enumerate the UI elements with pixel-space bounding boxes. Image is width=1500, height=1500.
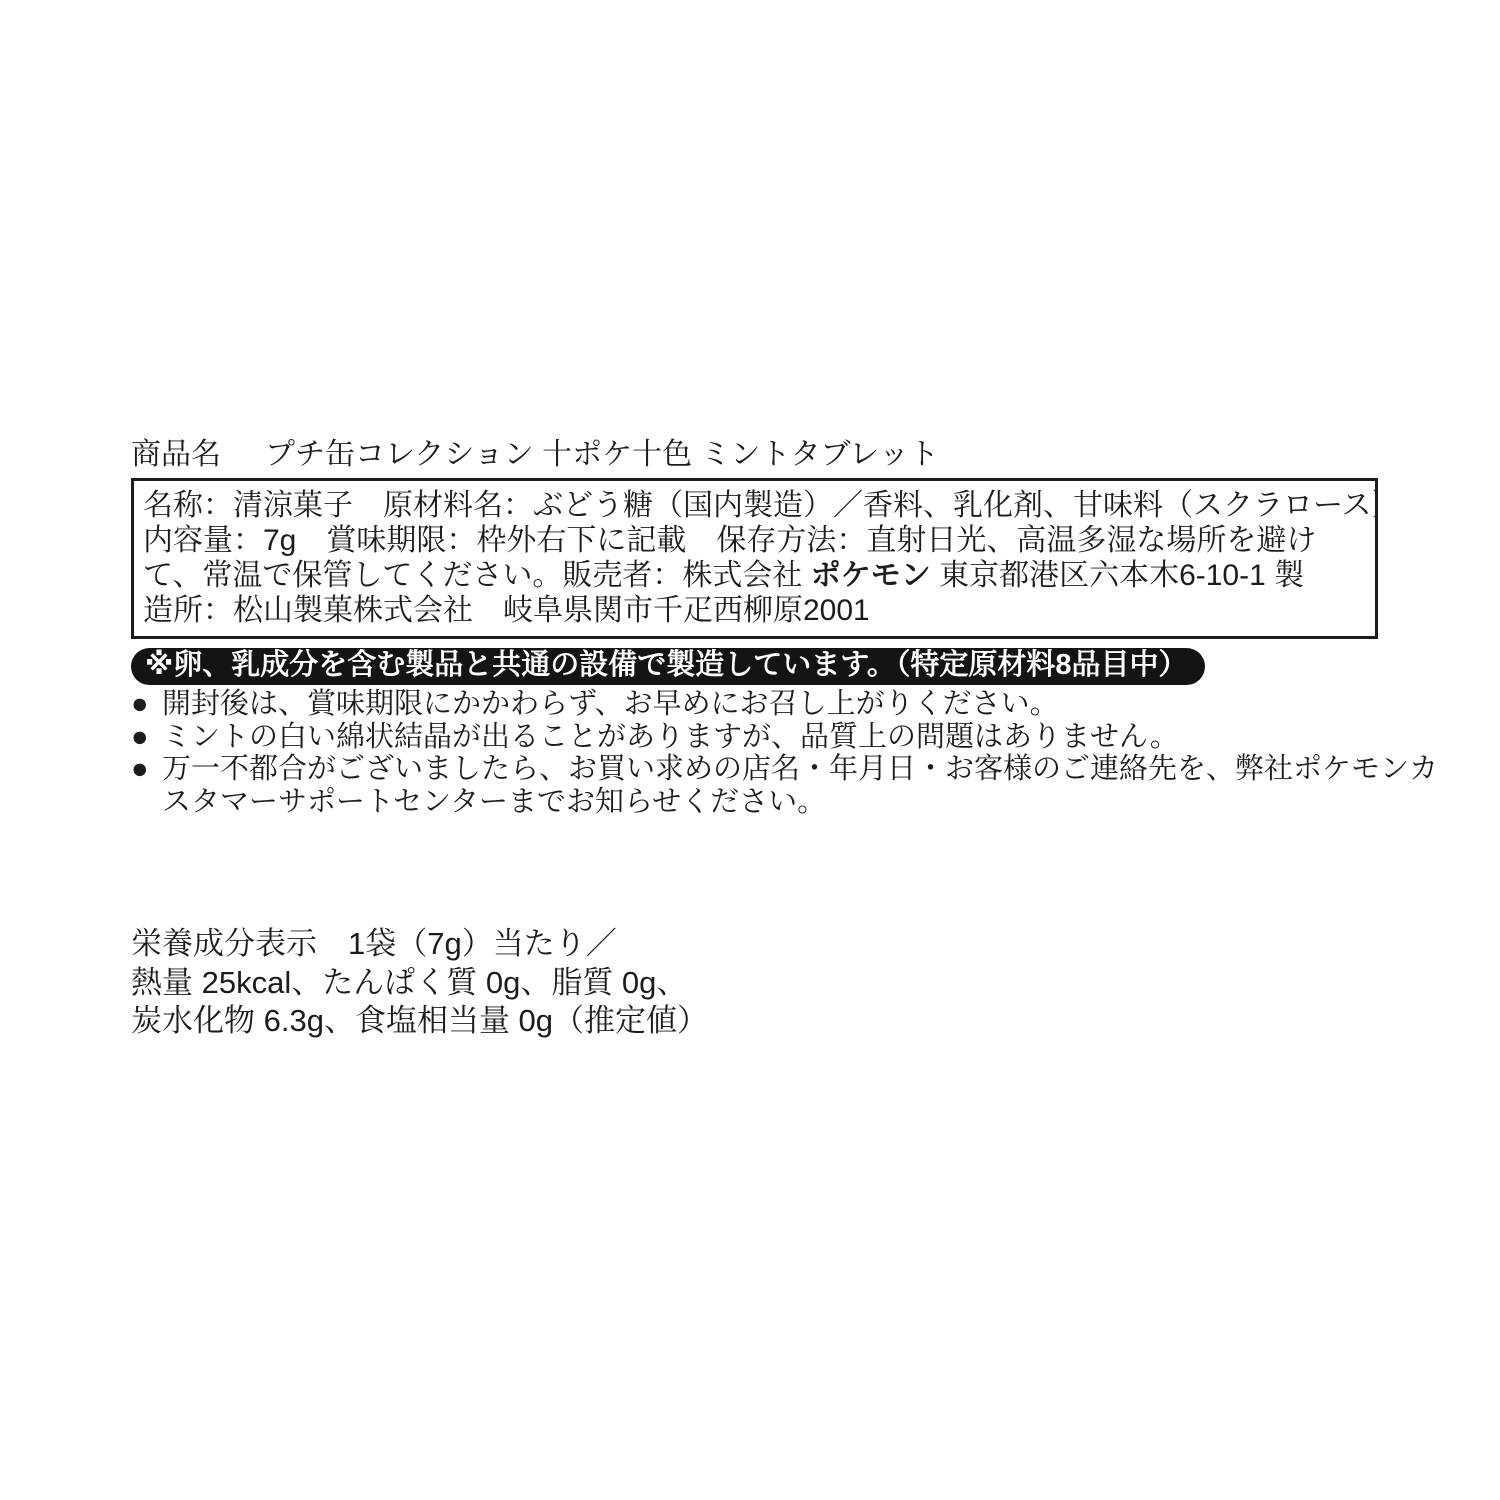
note-item: ● 開封後は、賞味期限にかかわらず、お早めにお召し上がりください。 (131, 688, 1378, 721)
seller-text-pre: て、常温で保管してください。販売者：株式会社 (143, 559, 811, 592)
note-text: ミントの白い綿状結晶が出ることがありますが、品質上の問題はありません。 (162, 721, 1378, 754)
bullet-icon: ● (131, 753, 162, 786)
note-text: 開封後は、賞味期限にかかわらず、お早めにお召し上がりください。 (162, 688, 1378, 721)
note-item: ● ミントの白い綿状結晶が出ることがありますが、品質上の問題はありません。 (131, 721, 1378, 754)
note-item: ● 万一不都合がございましたら、お買い求めの店名・年月日・お客様のご連絡先を、弊… (131, 753, 1378, 818)
note-text: 万一不都合がございましたら、お買い求めの店名・年月日・お客様のご連絡先を、弊社ポ… (162, 753, 1438, 786)
note-text: スタマーサポートセンターまでお知らせください。 (162, 786, 1438, 819)
info-line-volume-storage: 内容量：7g 賞味期限：枠外右下に記載 保存方法：直射日光、高温多湿な場所を避け (143, 523, 1366, 558)
seller-text-post: 東京都港区六本木6-10-1 製 (931, 559, 1304, 592)
info-line-factory: 造所：松山製菓株式会社 岐阜県関市千疋西柳原2001 (143, 593, 1366, 628)
food-label: 商品名 プチ缶コレクション 十ポケ十色 ミントタブレット 名称：清涼菓子 原材料… (131, 438, 1378, 1041)
nutrition-facts: 栄養成分表示 1袋（7g）当たり／ 熱量 25kcal、たんぱく質 0g、脂質 … (131, 925, 1378, 1041)
product-name-key: 商品名 (131, 438, 221, 472)
caution-notes: ● 開封後は、賞味期限にかかわらず、お早めにお召し上がりください。 ● ミントの… (131, 688, 1378, 818)
seller-brand-name: ポケモン (811, 559, 931, 592)
allergen-warning-banner: ※卵、乳成分を含む製品と共通の設備で製造しています。（特定原材料8品目中） (131, 648, 1205, 685)
bullet-icon: ● (131, 721, 162, 754)
ingredients-info-box: 名称：清涼菓子 原材料名：ぶどう糖（国内製造）／香料、乳化剤、甘味料（スクラロー… (131, 478, 1378, 639)
nutrition-header: 栄養成分表示 1袋（7g）当たり／ (131, 925, 1378, 964)
bullet-icon: ● (131, 688, 162, 721)
product-name-row: 商品名 プチ缶コレクション 十ポケ十色 ミントタブレット (131, 438, 1378, 472)
info-line-name-ingredients: 名称：清涼菓子 原材料名：ぶどう糖（国内製造）／香料、乳化剤、甘味料（スクラロー… (143, 488, 1366, 523)
nutrition-values-2: 炭水化物 6.3g、食塩相当量 0g（推定値） (131, 1002, 1378, 1041)
nutrition-values-1: 熱量 25kcal、たんぱく質 0g、脂質 0g、 (131, 964, 1378, 1003)
product-name-value: プチ缶コレクション 十ポケ十色 ミントタブレット (265, 438, 939, 472)
info-line-seller: て、常温で保管してください。販売者：株式会社 ポケモン 東京都港区六本木6-10… (143, 558, 1366, 593)
